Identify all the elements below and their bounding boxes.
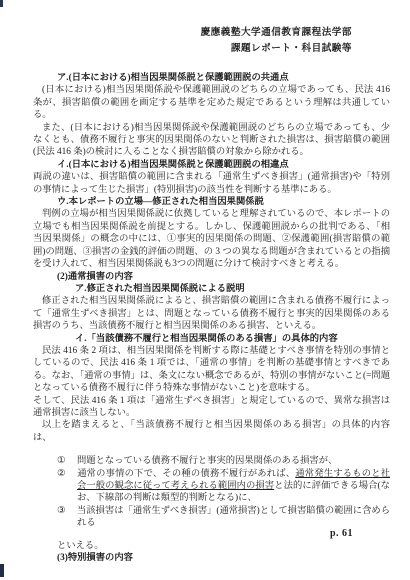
list-item-1-text: 問題となっている債務不履行と事実的因果関係のある損害が、 [77,456,337,466]
heading-u-report-position: ウ.本レポートの立場―修正された相当因果関係説 [33,196,390,208]
page-header: 慶應義塾大学通信教育課程法学部 課題レポート・科目試験等 [0,0,410,56]
list-item-2-text-pre: 通常の事情の下で、その種の債務不履行があれば、 [77,469,295,479]
closing-phrase: といえる。 [33,540,390,552]
list-item-3: ③当該損害は「通常生ずべき損害」(通常損害)として損害賠償の範囲に含められる [33,505,390,530]
page-footer: p. 61 [330,528,353,539]
report-page: 慶應義塾大学通信教育課程法学部 課題レポート・科目試験等 ア.(日本における)相… [0,0,410,580]
heading-2i-concrete-content: イ.「当該債務不履行と相当因果関係のある損害」の具体的内容 [33,333,390,345]
paragraph-report-position: 判例の立場が相当因果関係説に依拠していると理解されているので、本レポートの立場で… [33,208,390,270]
list-item-2: ②通常の事情の下で、その種の債務不履行があれば、通常発生するものと社会一般の観念… [33,468,390,505]
page-number: p. 61 [330,528,353,539]
heading-2-ordinary-damage: (2)通常損害の内容 [33,271,390,283]
circled-3-marker: ③ [57,505,77,517]
heading-i-differences: イ.(日本における)相当因果関係説と保護範囲説の相違点 [33,159,390,171]
header-doc-type: 課題レポート・科目試験等 [0,41,352,57]
heading-2a-explanation: ア.修正された相当因果関係説による説明 [33,283,390,295]
circled-1-marker: ① [57,455,77,467]
paragraph-civil-code-416: 民法 416 条 2 項は、相当因果関係を判断する際に基礎とすべき事情を特別の事… [33,345,390,395]
circled-2-marker: ② [57,468,77,480]
heading-3-special-damage: (3)特別損害の内容 [33,552,390,564]
heading-a-common-points: ア.(日本における)相当因果関係説と保護範囲説の共通点 [33,72,390,84]
paragraph-common-2: また、(日本における)相当因果関係説や保護範囲説のどちらの立場であっても、少なく… [33,122,390,159]
paragraph-abnormal-damage: そして、民法 416 条 1 項は「通常生ずべき損害」と規定しているので、異常な… [33,395,390,420]
paragraph-explanation: 修正された相当因果関係説によると、損害賠償の範囲に含まれる債務不履行によって「通… [33,295,390,332]
scan-artifact-top-left [0,0,3,7]
list-item-3-text: 当該損害は「通常生ずべき損害」(通常損害)として損害賠償の範囲に含められる [77,506,390,528]
scan-artifact-bottom-left [0,564,4,577]
enumerated-list: ①問題となっている債務不履行と事実的因果関係のある損害が、 ②通常の事情の下で、… [33,455,390,529]
header-institution: 慶應義塾大学通信教育課程法学部 [0,25,352,41]
paragraph-differences: 両説の違いは、損害賠償の範囲に含まれる「通常生ずべき損害」(通常損害)や「特別の… [33,171,390,196]
document-body: ア.(日本における)相当因果関係説と保護範囲説の共通点 (日本における)相当因果… [33,72,390,564]
paragraph-lead-in: 以上を踏まえると、「当該債務不履行と相当因果関係のある損害」の具体的内容は、 [33,419,390,444]
paragraph-common-1: (日本における)相当因果関係説や保護範囲説のどちらの立場であっても、民法 416… [33,84,390,121]
list-item-1: ①問題となっている債務不履行と事実的因果関係のある損害が、 [33,455,390,467]
